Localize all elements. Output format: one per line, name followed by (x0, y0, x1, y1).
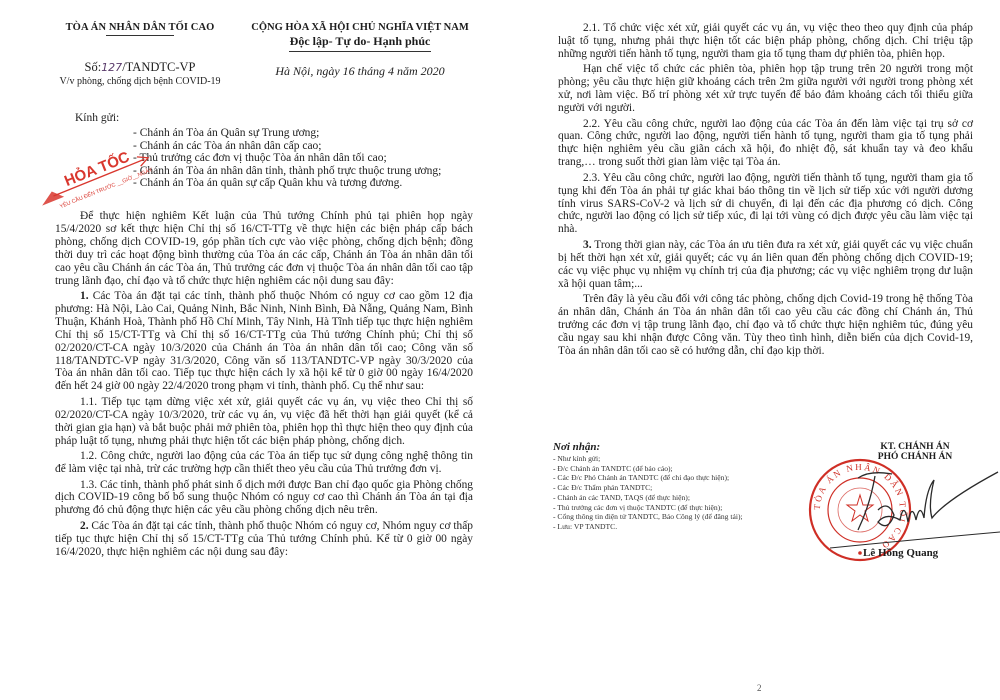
document-subject: V/v phòng, chống dịch bệnh COVID-19 (40, 76, 240, 87)
nation-title: CỘNG HÒA XÃ HỘI CHỦ NGHĨA VIỆT NAM (230, 22, 490, 33)
recipient-item: - Thủ trưởng các đơn vị thuộc Tòa án nhâ… (133, 152, 441, 165)
signature-title: KT. CHÁNH ÁN PHÓ CHÁNH ÁN (840, 442, 990, 462)
paragraph: 1.3. Các tỉnh, thành phố phát sinh ổ dịc… (55, 479, 473, 518)
issuing-organization: TÒA ÁN NHÂN DÂN TỐI CAO (40, 22, 240, 33)
recipient-item: - Chánh án Tòa án quân sự cấp Quân khu v… (133, 177, 441, 190)
section-number: 2. (80, 520, 89, 532)
recipients-block-item: - Như kính gửi; (553, 454, 743, 464)
paragraph-text: Trên đây là yêu cầu đối với công tác phò… (558, 293, 973, 357)
paragraph: 2. Các Tòa án đặt tại các tỉnh, thành ph… (55, 520, 473, 559)
place-and-date: Hà Nội, ngày 16 tháng 4 năm 2020 (230, 64, 490, 79)
paragraph: 1.2. Công chức, người lao động của các T… (55, 450, 473, 476)
paragraph-text: Để thực hiện nghiêm Kết luận của Thủ tướ… (55, 210, 473, 287)
recipients-block-title: Nơi nhận: (553, 441, 600, 453)
recipient-item: - Chánh án Tòa án nhân dân tỉnh, thành p… (133, 165, 441, 178)
paragraph-text: 2.2. Yêu cầu công chức, người lao động c… (558, 118, 973, 169)
paragraph: Trên đây là yêu cầu đối với công tác phò… (558, 293, 973, 358)
paragraph: 2.1. Tổ chức việc xét xử, giải quyết các… (558, 22, 973, 61)
recipients-block-list: - Như kính gửi;- Đ/c Chánh án TANDTC (để… (553, 454, 743, 532)
paragraph: 3. Trong thời gian này, các Tòa án ưu ti… (558, 239, 973, 291)
document-body-page-1: Để thực hiện nghiêm Kết luận của Thủ tướ… (55, 210, 473, 561)
section-number: 3. (583, 239, 592, 251)
recipients-block-item: - Lưu: VP TANDTC. (553, 522, 743, 532)
paragraph: 2.2. Yêu cầu công chức, người lao động c… (558, 118, 973, 170)
paragraph-text: 2.3. Yêu cầu công chức, người lao động, … (558, 172, 973, 236)
recipients-block-item: - Các Đ/c Thẩm phán TANDTC; (553, 483, 743, 493)
signer-name: Lê Hồng Quang (863, 547, 938, 559)
paragraph-text: 1.3. Các tỉnh, thành phố phát sinh ổ dịc… (55, 479, 473, 517)
document-page-2: 2.1. Tổ chức việc xét xử, giải quyết các… (500, 0, 1000, 700)
issuer-header: TÒA ÁN NHÂN DÂN TỐI CAO (40, 22, 240, 36)
organization-underline (106, 35, 174, 36)
paragraph-text: Hạn chế việc tổ chức các phiên tòa, phiê… (558, 63, 973, 114)
recipients-block-item: - Các Đ/c Phó Chánh án TANDTC (để chỉ đạ… (553, 473, 743, 483)
paragraph: 1.1. Tiếp tục tạm dừng việc xét xử, giải… (55, 396, 473, 448)
recipient-item: - Chánh án các Tòa án nhân dân cấp cao; (133, 140, 441, 153)
page-number: 2 (757, 683, 762, 693)
paragraph-text: 1.2. Công chức, người lao động của các T… (55, 450, 473, 475)
paragraph-text: Các Tòa án đặt tại các tỉnh, thành phố t… (55, 520, 473, 558)
svg-text:HỎA TỐC: HỎA TỐC (62, 148, 133, 190)
national-header: CỘNG HÒA XÃ HỘI CHỦ NGHĨA VIỆT NAM Độc l… (230, 22, 490, 52)
national-motto: Độc lập- Tự do- Hạnh phúc (230, 34, 490, 49)
document-number: Số:127/TANDTC-VP (40, 60, 240, 75)
recipient-item: - Chánh án Tòa án Quân sự Trung ương; (133, 127, 441, 140)
section-number: 1. (80, 290, 89, 302)
motto-underline (289, 51, 431, 52)
paragraph-text: 2.1. Tổ chức việc xét xử, giải quyết các… (558, 22, 973, 60)
paragraph: Hạn chế việc tổ chức các phiên tòa, phiê… (558, 63, 973, 115)
paragraph: 1. Các Tòa án đặt tại các tỉnh, thành ph… (55, 290, 473, 393)
recipients-block-item: - Thủ trưởng các đơn vị thuộc TANDTC (để… (553, 503, 743, 513)
addressee-label: Kính gửi: (75, 112, 119, 124)
paragraph-text: 1.1. Tiếp tục tạm dừng việc xét xử, giải… (55, 396, 473, 447)
document-body-page-2: 2.1. Tổ chức việc xét xử, giải quyết các… (558, 22, 973, 360)
recipients-block-item: - Đ/c Chánh án TANDTC (để báo cáo); (553, 464, 743, 474)
recipient-list: - Chánh án Tòa án Quân sự Trung ương;- C… (133, 127, 441, 190)
handwritten-number: 127 (101, 61, 122, 74)
paragraph-text: Các Tòa án đặt tại các tỉnh, thành phố t… (55, 290, 473, 392)
recipients-block-item: - Chánh án các TAND, TAQS (để thực hiện)… (553, 493, 743, 503)
document-page-1: TÒA ÁN NHÂN DÂN TỐI CAO CỘNG HÒA XÃ HỘI … (0, 0, 500, 700)
paragraph-text: Trong thời gian này, các Tòa án ưu tiên … (558, 239, 973, 290)
paragraph: Để thực hiện nghiêm Kết luận của Thủ tướ… (55, 210, 473, 287)
recipients-block-item: - Cổng thông tin điện tử TANDTC, Báo Côn… (553, 512, 743, 522)
paragraph: 2.3. Yêu cầu công chức, người lao động, … (558, 172, 973, 237)
